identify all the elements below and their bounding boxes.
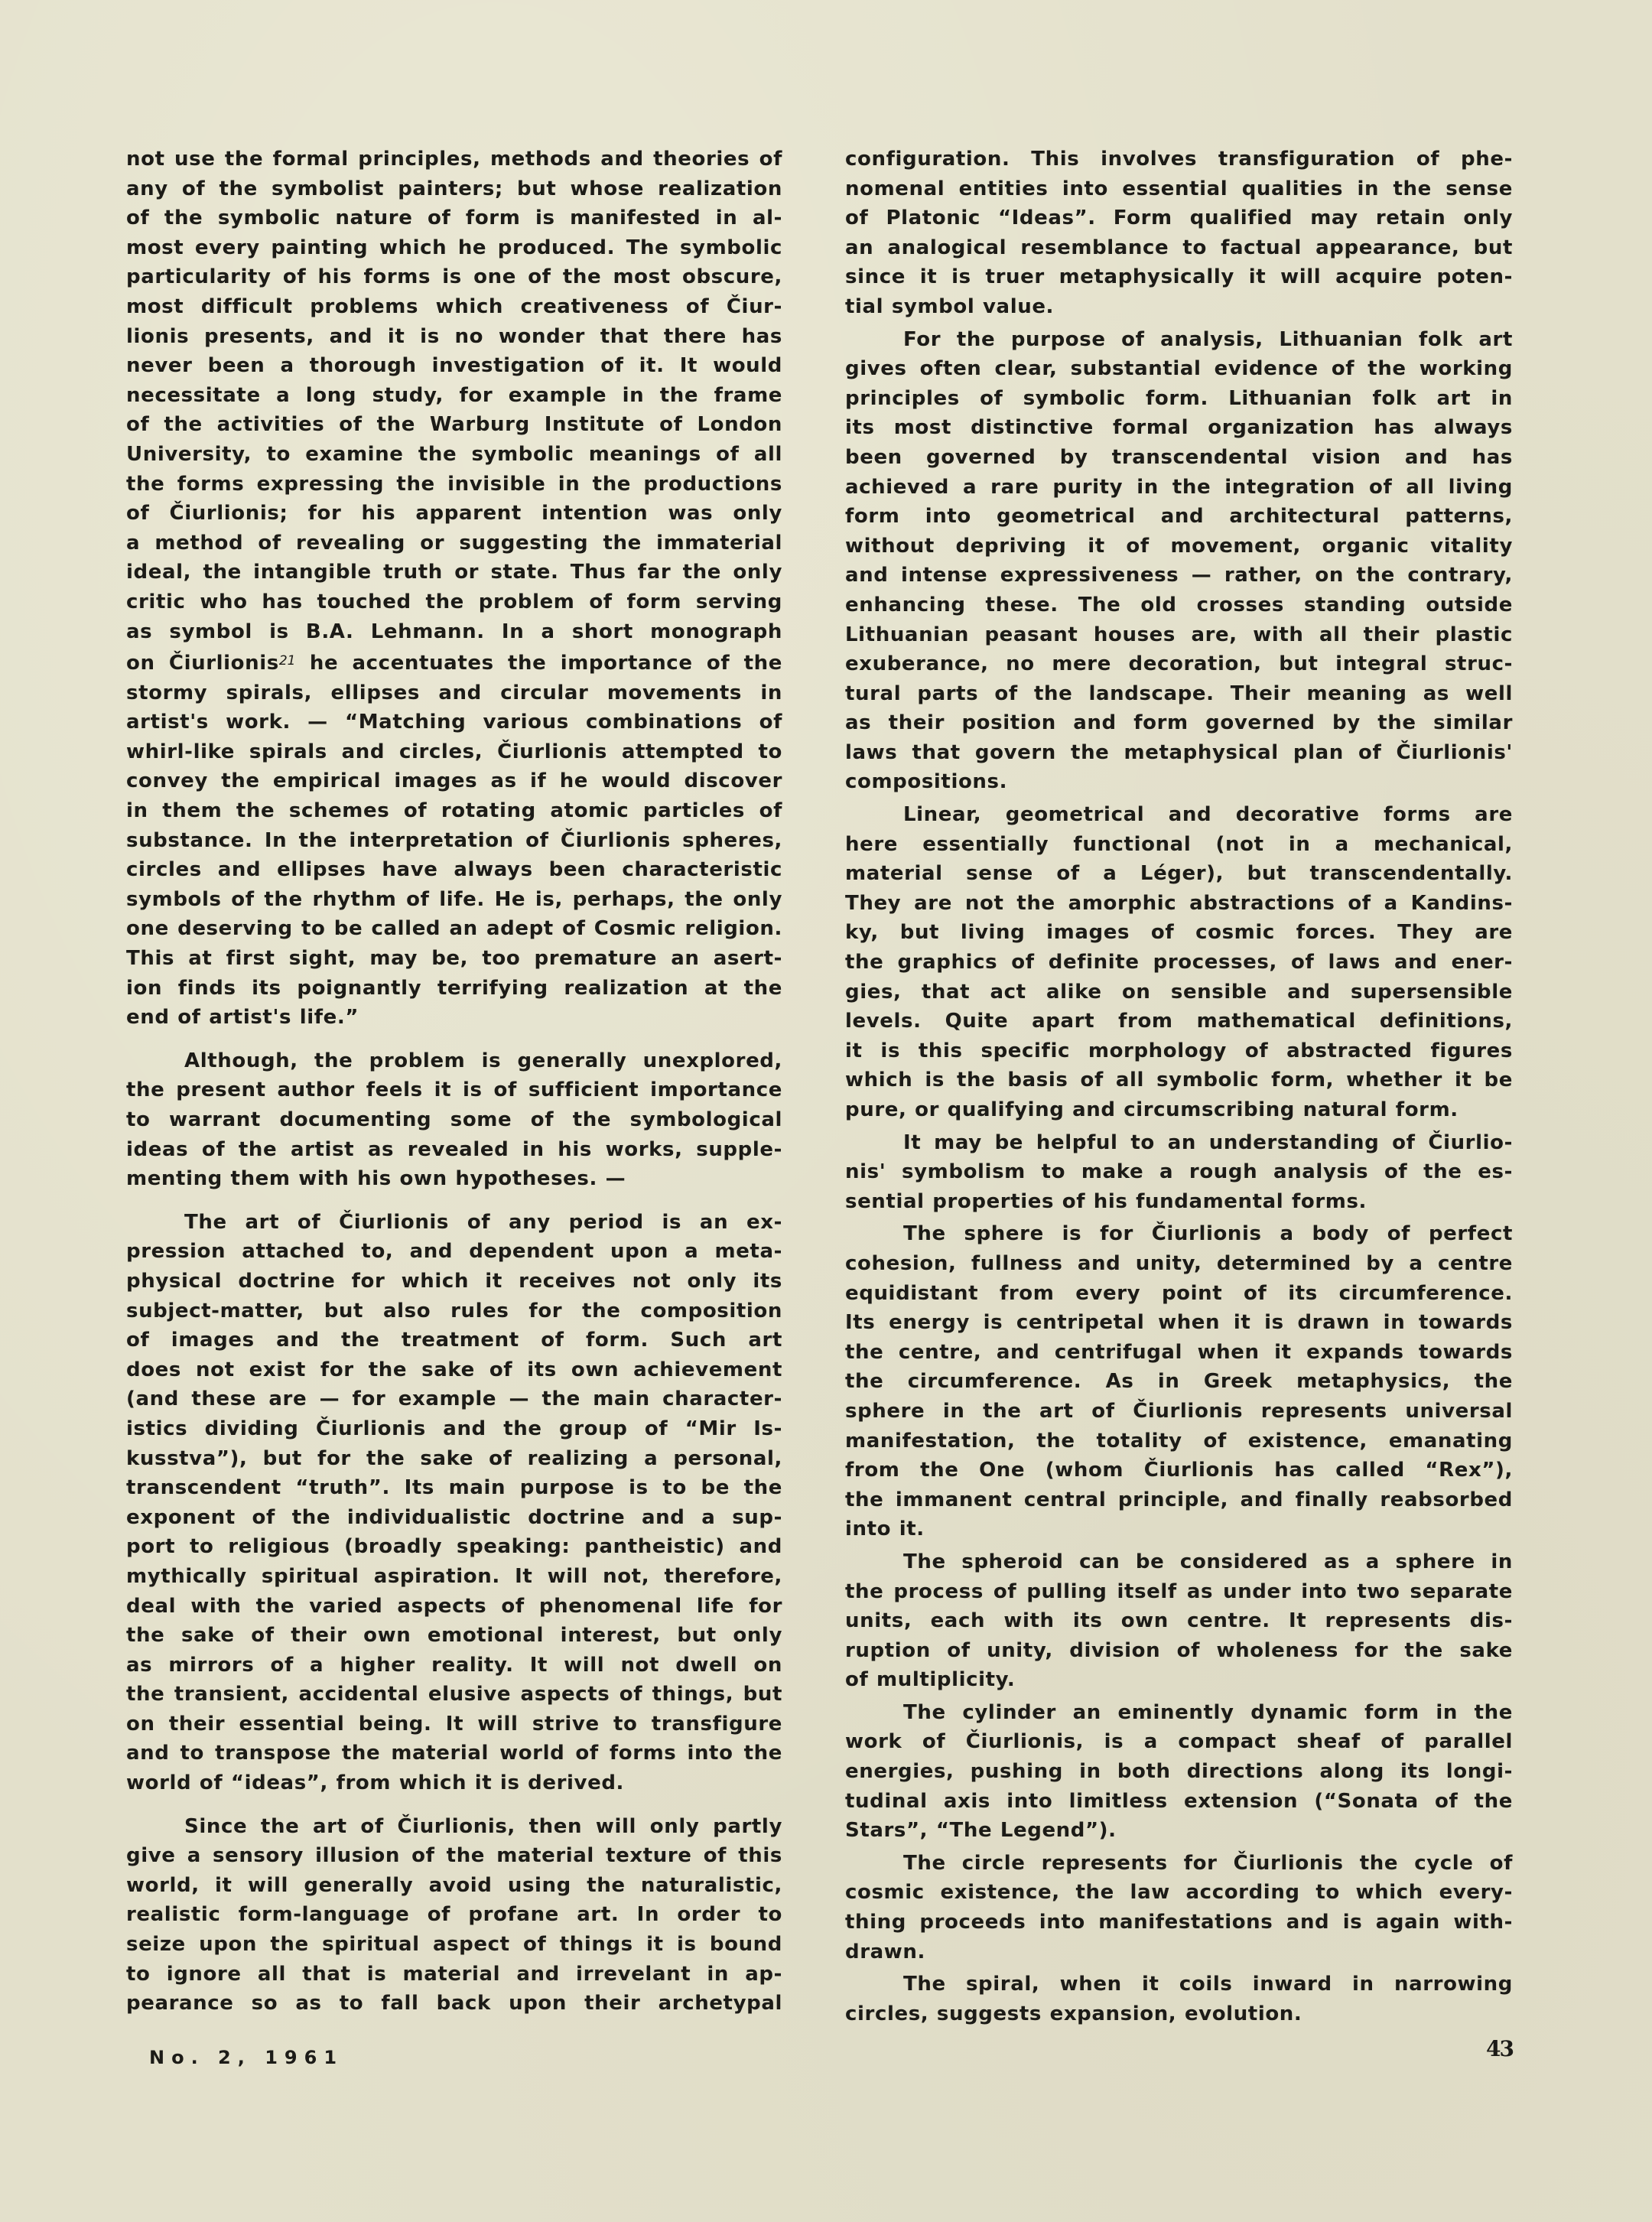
- text-line: sphere in the art of Čiurlionis represen…: [845, 1397, 1513, 1427]
- text-line: on Čiurlionis21 he accentuates the impor…: [126, 646, 782, 678]
- text-line: The circle represents for Čiurlionis the…: [845, 1849, 1513, 1879]
- text-line: levels. Quite apart from mathematical de…: [845, 1007, 1513, 1036]
- text-line: without depriving it of movement, organi…: [845, 532, 1513, 561]
- issue-label: No. 2, 1961: [149, 2047, 343, 2068]
- text-line: give a sensory illusion of the material …: [126, 1841, 782, 1871]
- text-line: the centre, and centrifugal when it expa…: [845, 1338, 1513, 1368]
- left-paragraph: Although, the problem is generally unexp…: [126, 1046, 782, 1194]
- text-line: Lithuanian peasant houses are, with all …: [845, 620, 1513, 650]
- text-line: deal with the varied aspects of phenomen…: [126, 1592, 782, 1622]
- text-line: They are not the amorphic abstractions o…: [845, 889, 1513, 919]
- text-line: The sphere is for Čiurlionis a body of p…: [845, 1219, 1513, 1249]
- text-line: it is this specific morphology of abstra…: [845, 1036, 1513, 1066]
- text-line: whirl-like spirals and circles, Čiurlion…: [126, 737, 782, 767]
- text-line: form into geometrical and architectural …: [845, 502, 1513, 532]
- text-line: Since the art of Čiurlionis, then will o…: [126, 1812, 782, 1842]
- text-line: realistic form-language of profane art. …: [126, 1900, 782, 1930]
- text-line: Stars”, “The Legend”).: [845, 1816, 1513, 1846]
- text-line: For the purpose of analysis, Lithuanian …: [845, 325, 1513, 355]
- right-paragraph: It may be helpful to an understanding of…: [845, 1128, 1513, 1217]
- text-line: thing proceeds into manifestations and i…: [845, 1908, 1513, 1937]
- text-line: units, each with its own centre. It repr…: [845, 1606, 1513, 1636]
- text-line: equidistant from every point of its circ…: [845, 1279, 1513, 1309]
- text-line: kusstva”), but for the sake of realizing…: [126, 1444, 782, 1474]
- text-line: (and these are — for example — the main …: [126, 1384, 782, 1414]
- text-line: as mirrors of a higher reality. It will …: [126, 1651, 782, 1680]
- text-line: tural parts of the landscape. Their mean…: [845, 679, 1513, 709]
- text-line: critic who has touched the problem of fo…: [126, 587, 782, 617]
- text-line: of Čiurlionis; for his apparent intentio…: [126, 499, 782, 529]
- text-line: a method of revealing or suggesting the …: [126, 529, 782, 558]
- text-line: ion finds its poignantly terrifying real…: [126, 974, 782, 1004]
- text-line: most difficult problems which creativene…: [126, 292, 782, 322]
- text-line: ky, but living images of cosmic forces. …: [845, 918, 1513, 948]
- text-line: University, to examine the symbolic mean…: [126, 440, 782, 470]
- text-line: transcendent “truth”. Its main purpose i…: [126, 1473, 782, 1503]
- text-line: pression attached to, and dependent upon…: [126, 1237, 782, 1267]
- text-line: of Platonic “Ideas”. Form qualified may …: [845, 203, 1513, 233]
- text-line: as symbol is B.A. Lehmann. In a short mo…: [126, 617, 782, 647]
- text-line: one deserving to be called an adept of C…: [126, 914, 782, 944]
- text-line: It may be helpful to an understanding of…: [845, 1128, 1513, 1158]
- right-paragraph: The spheroid can be considered as a sphe…: [845, 1547, 1513, 1695]
- right-paragraph: The spiral, when it coils inward in narr…: [845, 1970, 1513, 2028]
- footnote-marker: 21: [279, 653, 296, 669]
- text-line: manifestation, the totality of existence…: [845, 1427, 1513, 1456]
- text-line: particularity of his forms is one of the…: [126, 262, 782, 292]
- text-line: world of “ideas”, from which it is deriv…: [126, 1768, 782, 1798]
- right-paragraph: The sphere is for Čiurlionis a body of p…: [845, 1219, 1513, 1544]
- text-line: symbols of the rhythm of life. He is, pe…: [126, 885, 782, 915]
- left-column: not use the formal principles, methods a…: [126, 145, 782, 2019]
- left-paragraph: not use the formal principles, methods a…: [126, 145, 782, 1033]
- text-line: the process of pulling itself as under i…: [845, 1577, 1513, 1607]
- page-number: 43: [1486, 2036, 1513, 2061]
- text-line: port to religious (broadly speaking: pan…: [126, 1532, 782, 1562]
- text-line: and to transpose the material world of f…: [126, 1739, 782, 1768]
- text-line: lionis presents, and it is no wonder tha…: [126, 322, 782, 352]
- text-line: ruption of unity, division of wholeness …: [845, 1636, 1513, 1666]
- text-line: to warrant documenting some of the symbo…: [126, 1105, 782, 1135]
- text-line: seize upon the spiritual aspect of thing…: [126, 1930, 782, 1960]
- text-line: This at first sight, may be, too prematu…: [126, 944, 782, 974]
- text-line: nis' symbolism to make a rough analysis …: [845, 1157, 1513, 1187]
- text-line: its most distinctive formal organization…: [845, 413, 1513, 443]
- text-line: of images and the treatment of form. Suc…: [126, 1326, 782, 1355]
- text-line: convey the empirical images as if he wou…: [126, 766, 782, 796]
- text-line: subject-matter, but also rules for the c…: [126, 1296, 782, 1326]
- text-line: not use the formal principles, methods a…: [126, 145, 782, 174]
- text-line: from the One (whom Čiurlionis has called…: [845, 1456, 1513, 1485]
- text-line: exponent of the individualistic doctrine…: [126, 1503, 782, 1533]
- text-line: end of artist's life.”: [126, 1003, 782, 1033]
- text-line: an analogical resemblance to factual app…: [845, 233, 1513, 263]
- text-line: Although, the problem is generally unexp…: [126, 1046, 782, 1076]
- text-line: of the symbolic nature of form is manife…: [126, 203, 782, 233]
- text-line: cosmic existence, the law according to w…: [845, 1878, 1513, 1908]
- text-line: istics dividing Čiurlionis and the group…: [126, 1414, 782, 1444]
- right-paragraph: The circle represents for Čiurlionis the…: [845, 1849, 1513, 1967]
- text-line: Linear, geometrical and decorative forms…: [845, 800, 1513, 830]
- text-line: pearance so as to fall back upon their a…: [126, 1989, 782, 2019]
- text-line: into it.: [845, 1514, 1513, 1544]
- text-line: as their position and form governed by t…: [845, 708, 1513, 738]
- text-line: tudinal axis into limitless extension (“…: [845, 1787, 1513, 1817]
- text-line: energies, pushing in both directions alo…: [845, 1757, 1513, 1787]
- text-line: world, it will generally avoid using the…: [126, 1871, 782, 1901]
- text-line: The art of Čiurlionis of any period is a…: [126, 1208, 782, 1238]
- text-line: circles and ellipses have always been ch…: [126, 855, 782, 885]
- text-line: work of Čiurlionis, is a compact sheaf o…: [845, 1727, 1513, 1757]
- text-line: pure, or qualifying and circumscribing n…: [845, 1095, 1513, 1125]
- text-line: artist's work. — “Matching various combi…: [126, 708, 782, 737]
- text-line: the sake of their own emotional interest…: [126, 1621, 782, 1651]
- text-line: enhancing these. The old crosses standin…: [845, 590, 1513, 620]
- text-line: which is the basis of all symbolic form,…: [845, 1065, 1513, 1095]
- text-line: drawn.: [845, 1937, 1513, 1967]
- text-line: the immanent central principle, and fina…: [845, 1485, 1513, 1515]
- text-line: gies, that act alike on sensible and sup…: [845, 978, 1513, 1007]
- text-line: ideal, the intangible truth or state. Th…: [126, 558, 782, 587]
- text-line: ideas of the artist as revealed in his w…: [126, 1135, 782, 1165]
- text-line: Its energy is centripetal when it is dra…: [845, 1308, 1513, 1338]
- text-line: the circumference. As in Greek metaphysi…: [845, 1367, 1513, 1397]
- text-line: sential properties of his fundamental fo…: [845, 1187, 1513, 1217]
- text-line: The cylinder an eminently dynamic form i…: [845, 1698, 1513, 1728]
- text-line: and intense expressiveness — rather, on …: [845, 561, 1513, 590]
- text-line: gives often clear, substantial evidence …: [845, 354, 1513, 384]
- text-line: nomenal entities into essential qualitie…: [845, 174, 1513, 204]
- text-line: menting them with his own hypotheses. —: [126, 1164, 782, 1194]
- right-paragraph: The cylinder an eminently dynamic form i…: [845, 1698, 1513, 1846]
- magazine-page: not use the formal principles, methods a…: [0, 0, 1652, 2222]
- right-paragraph: For the purpose of analysis, Lithuanian …: [845, 325, 1513, 798]
- text-line: The spiral, when it coils inward in narr…: [845, 1970, 1513, 1999]
- right-column: configuration. This involves transfigura…: [845, 145, 1513, 2028]
- text-line: The spheroid can be considered as a sphe…: [845, 1547, 1513, 1577]
- text-line: of multiplicity.: [845, 1665, 1513, 1695]
- text-line: mythically spiritual aspiration. It will…: [126, 1562, 782, 1592]
- right-paragraph: configuration. This involves transfigura…: [845, 145, 1513, 322]
- text-line: substance. In the interpretation of Čiur…: [126, 826, 782, 856]
- text-line: on their essential being. It will strive…: [126, 1710, 782, 1739]
- left-paragraph: The art of Čiurlionis of any period is a…: [126, 1208, 782, 1798]
- text-line: the graphics of definite processes, of l…: [845, 948, 1513, 978]
- text-line: here essentially functional (not in a me…: [845, 830, 1513, 860]
- text-line: most every painting which he produced. T…: [126, 233, 782, 263]
- left-paragraph: Since the art of Čiurlionis, then will o…: [126, 1812, 782, 2019]
- text-line: never been a thorough investigation of i…: [126, 351, 782, 381]
- text-line: physical doctrine for which it receives …: [126, 1267, 782, 1296]
- text-line: compositions.: [845, 767, 1513, 797]
- text-line: any of the symbolist painters; but whose…: [126, 174, 782, 204]
- text-line: since it is truer metaphysically it will…: [845, 262, 1513, 292]
- text-line: in them the schemes of rotating atomic p…: [126, 796, 782, 826]
- text-line: necessitate a long study, for example in…: [126, 381, 782, 411]
- text-line: achieved a rare purity in the integratio…: [845, 473, 1513, 503]
- text-line: been governed by transcendental vision a…: [845, 443, 1513, 473]
- text-line: to ignore all that is material and irrev…: [126, 1960, 782, 1989]
- text-line: the present author feels it is of suffic…: [126, 1075, 782, 1105]
- text-line: cohesion, fullness and unity, determined…: [845, 1249, 1513, 1279]
- right-paragraph: Linear, geometrical and decorative forms…: [845, 800, 1513, 1125]
- text-line: the transient, accidental elusive aspect…: [126, 1680, 782, 1710]
- text-line: tial symbol value.: [845, 292, 1513, 322]
- text-line: does not exist for the sake of its own a…: [126, 1355, 782, 1385]
- text-line: principles of symbolic form. Lithuanian …: [845, 384, 1513, 414]
- text-line: material sense of a Léger), but transcen…: [845, 859, 1513, 889]
- text-line: of the activities of the Warburg Institu…: [126, 410, 782, 440]
- text-line: laws that govern the metaphysical plan o…: [845, 738, 1513, 768]
- text-line: the forms expressing the invisible in th…: [126, 470, 782, 499]
- text-line: circles, suggests expansion, evolution.: [845, 1999, 1513, 2029]
- text-line: stormy spirals, ellipses and circular mo…: [126, 678, 782, 708]
- text-line: exuberance, no mere decoration, but inte…: [845, 649, 1513, 679]
- text-line: configuration. This involves transfigura…: [845, 145, 1513, 174]
